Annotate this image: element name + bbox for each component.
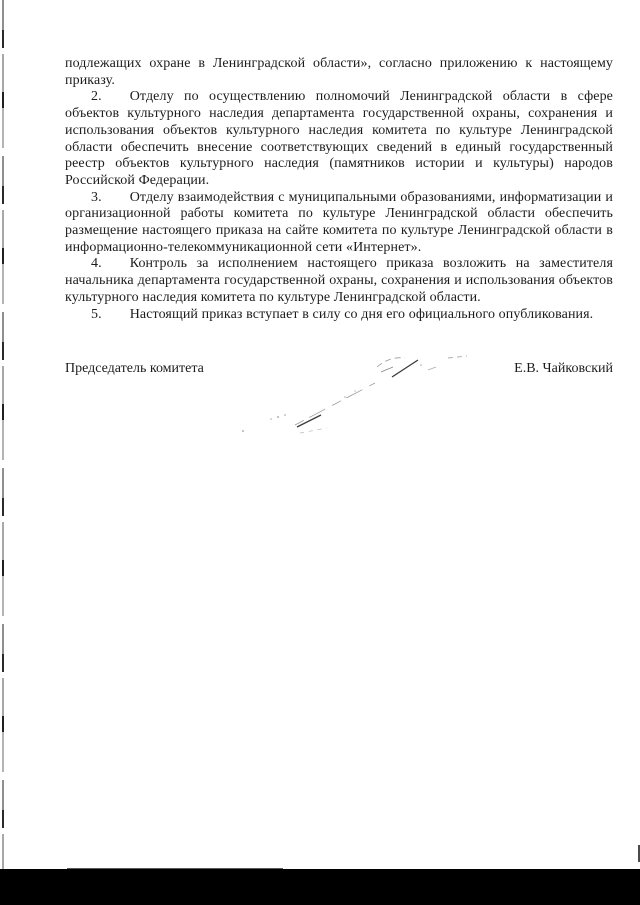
paragraph-number: 4.: [91, 256, 102, 271]
signatory-title: Председатель комитета: [65, 361, 204, 378]
paragraph-text: Настоящий приказ вступает в силу со дня …: [130, 307, 594, 322]
paragraph-number: 3.: [91, 190, 102, 205]
signatory-name: Е.В. Чайковский: [514, 361, 613, 378]
paragraph-text: подлежащих охране в Ленинградской област…: [65, 56, 613, 88]
scan-artifact-bottom-black-bar: [0, 869, 640, 905]
scan-artifact-left-edge-line: [2, 0, 4, 869]
paragraph-item-4: 4.Контроль за исполнением настоящего при…: [65, 256, 613, 306]
signature-row: Председатель комитета Е.В. Чайковский: [65, 361, 613, 378]
paragraph-number: 2.: [91, 89, 102, 104]
paragraph-number: 5.: [91, 307, 102, 322]
paragraph-continuation: подлежащих охране в Ленинградской област…: [65, 56, 613, 89]
paragraph-text: Контроль за исполнением настоящего прика…: [65, 256, 613, 304]
document-body: подлежащих охране в Ленинградской област…: [65, 56, 613, 378]
paragraph-item-5: 5.Настоящий приказ вступает в силу со дн…: [65, 307, 613, 324]
paragraph-item-2: 2.Отделу по осуществлению полномочий Лен…: [65, 89, 613, 189]
paragraph-text: Отделу по осуществлению полномочий Ленин…: [65, 89, 613, 188]
paragraph-item-3: 3.Отделу взаимодействия с муниципальными…: [65, 190, 613, 257]
paragraph-text: Отделу взаимодействия с муниципальными о…: [65, 190, 613, 255]
scanned-document-page: подлежащих охране в Ленинградской област…: [0, 0, 640, 905]
